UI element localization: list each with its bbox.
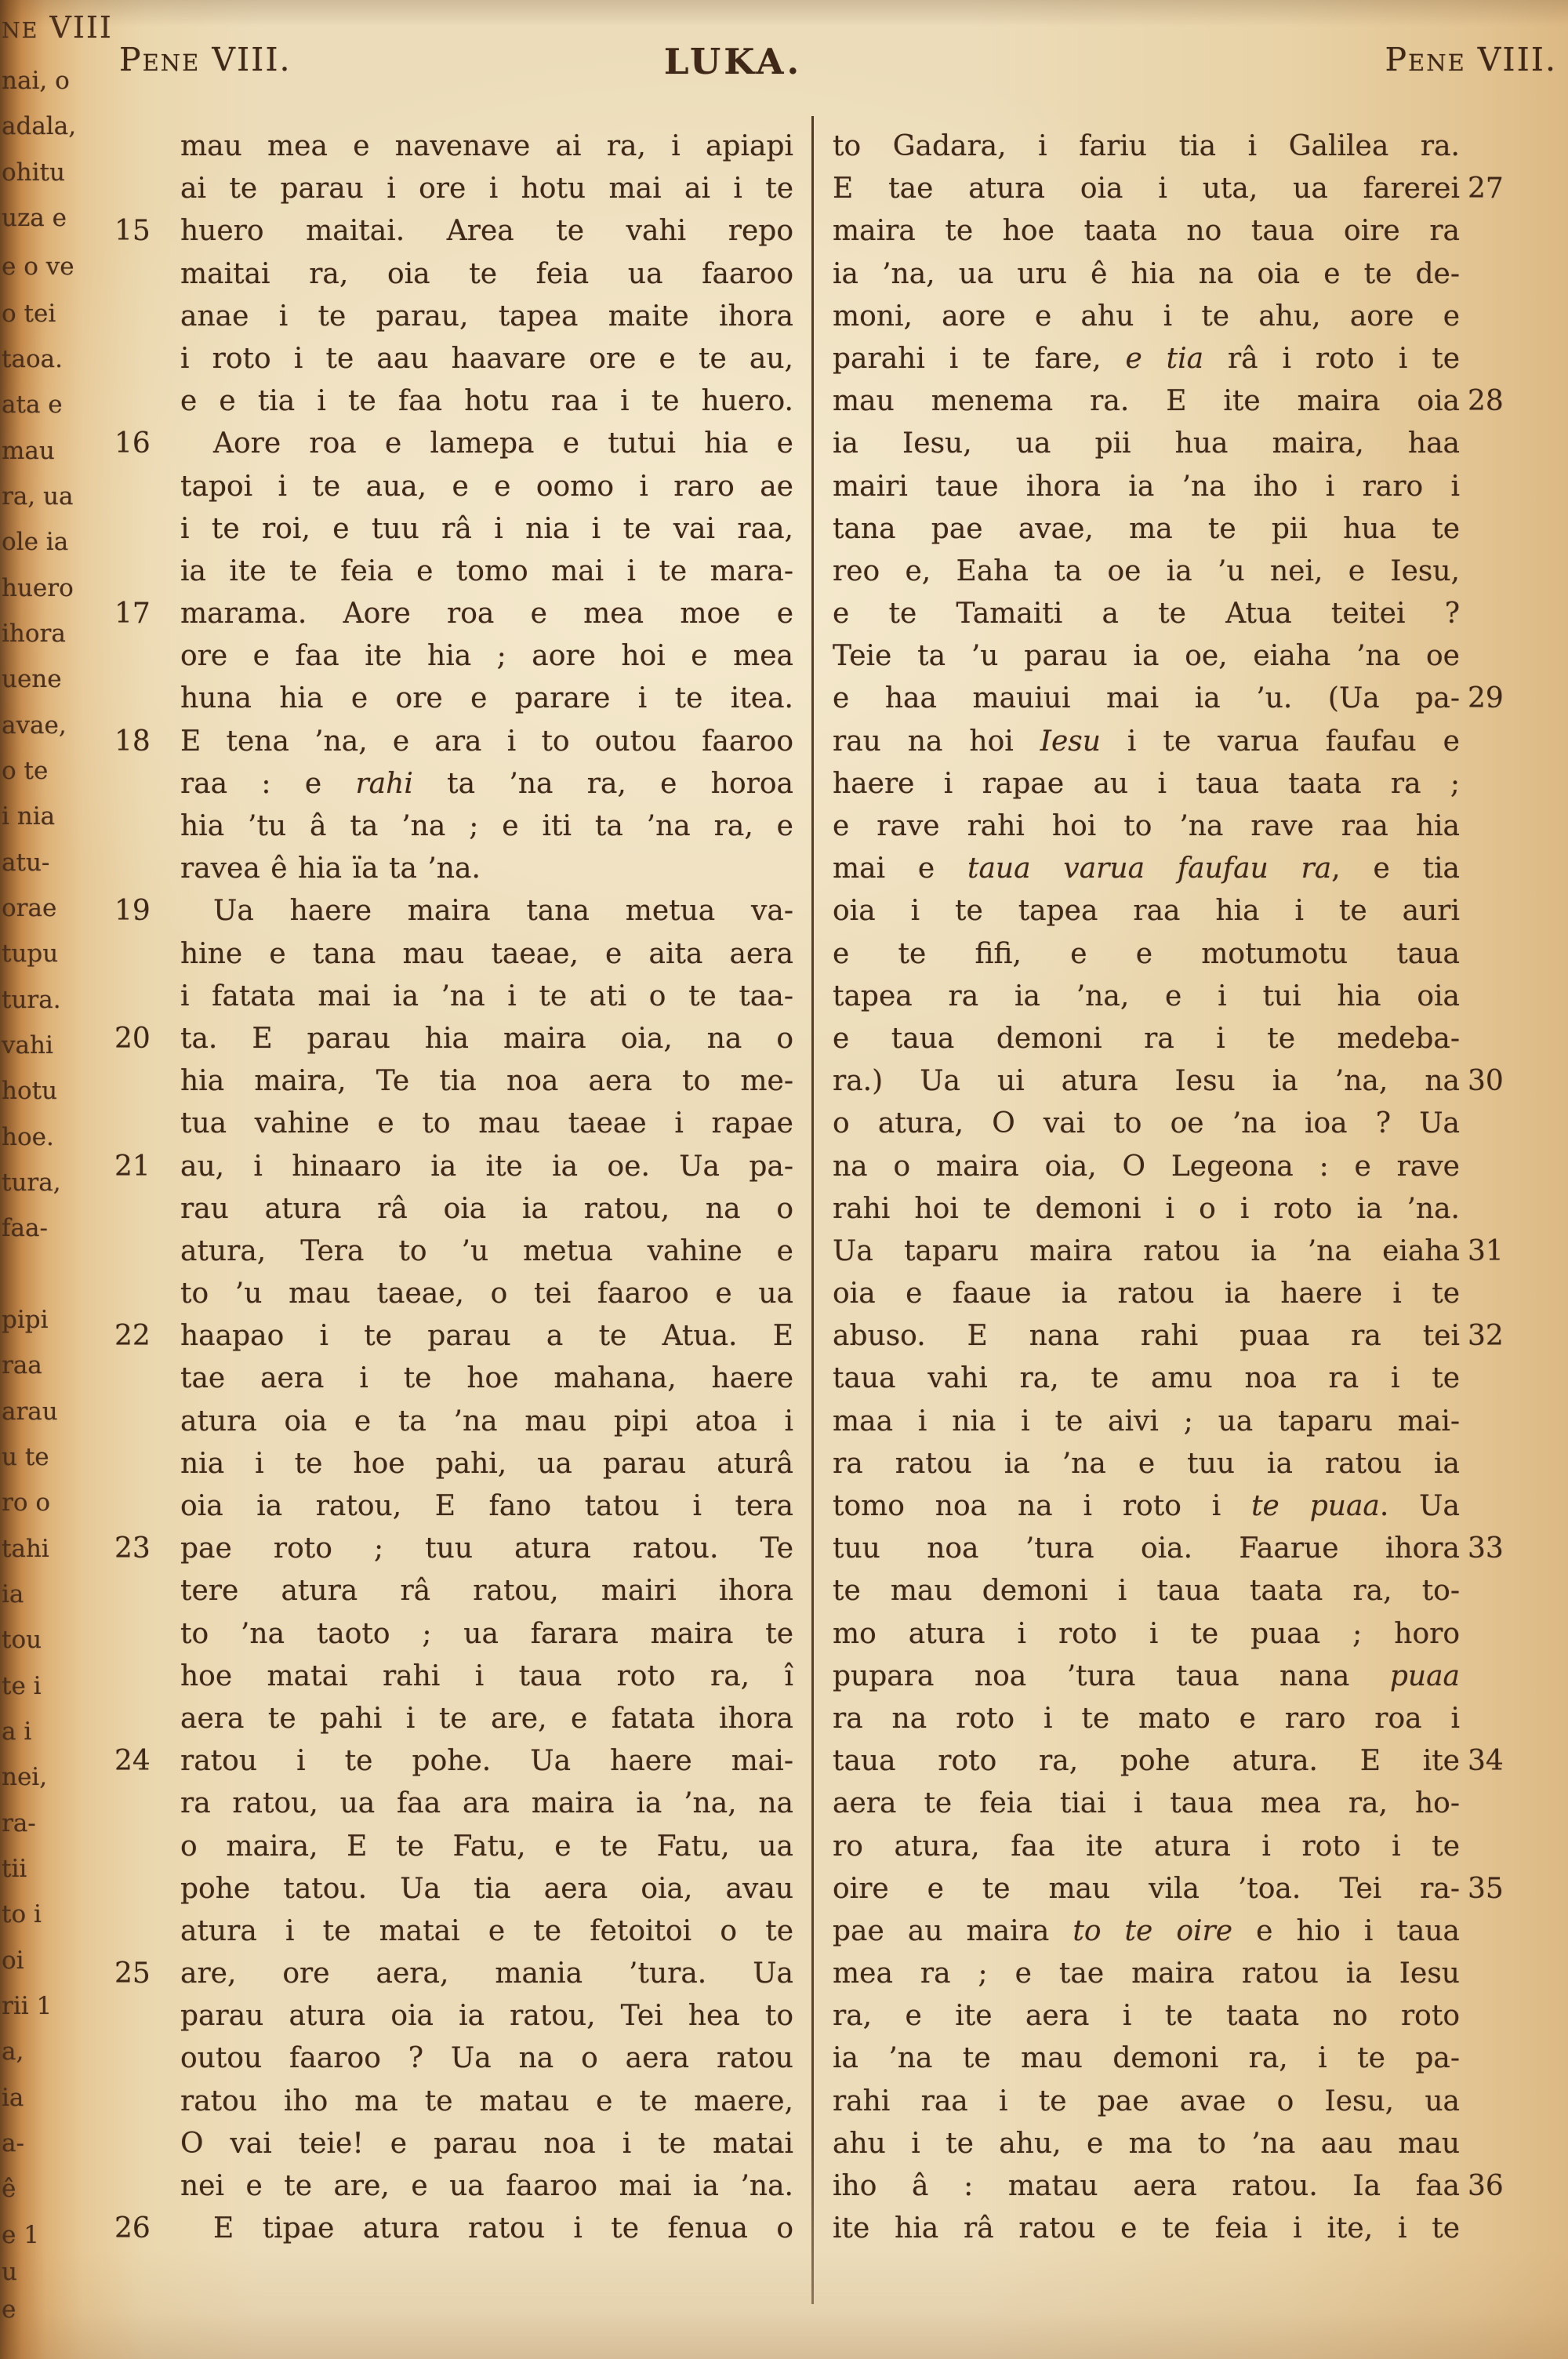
verse-line: maitai ra, oia te feia ua faaroo bbox=[180, 253, 793, 296]
verse-text: mea ra ; e tae maira ratou ia Iesu bbox=[833, 1953, 1460, 1995]
verse-line: o maira, E te Fatu, e te Fatu, ua bbox=[180, 1826, 793, 1868]
verse-text: ia ite te feia e tomo mai i te mara- bbox=[180, 551, 793, 593]
verse-line: ra, e ite aera i te taata no roto bbox=[833, 1995, 1460, 2037]
bleed-text-fragment: vahi bbox=[2, 1034, 53, 1058]
verse-line: oia e faaue ia ratou ia haere i te bbox=[833, 1273, 1460, 1315]
verse-text: rahi raa i te pae avae o Iesu, ua bbox=[833, 2081, 1460, 2123]
verse-line: moni, aore e ahu i te ahu, aore e bbox=[833, 296, 1460, 338]
verse-text: mai e taua varua faufau ra, e tia bbox=[833, 848, 1460, 890]
verse-line: 25are, ore aera, mania ’tura. Ua bbox=[180, 1953, 793, 1995]
bleed-text-fragment: ro o bbox=[2, 1491, 50, 1515]
verse-text: mau mea e navenave ai ra, i apiapi bbox=[180, 125, 793, 168]
verse-text: reo e, Eaha ta oe ia ’u nei, e Iesu, bbox=[833, 551, 1460, 593]
verse-text: na o maira oia, O Legeona : e rave bbox=[833, 1146, 1460, 1188]
bleed-text-fragment: tii bbox=[2, 1857, 27, 1881]
verse-text: ahu i te ahu, e ma to ’na aau mau bbox=[833, 2123, 1460, 2165]
verse-number: 25 bbox=[114, 1953, 151, 1995]
verse-line: hia maira, Te tia noa aera to me- bbox=[180, 1060, 793, 1103]
verse-line: e te fifi, e e motumotu taua bbox=[833, 933, 1460, 976]
verse-text: tapea ra ia ’na, e i tui hia oia bbox=[833, 976, 1460, 1018]
verse-text: mairi taue ihora ia ’na iho i raro i bbox=[833, 466, 1460, 508]
verse-text: hine e tana mau taeae, e aita aera bbox=[180, 933, 793, 976]
verse-text: pupara noa ’tura taua nana puaa bbox=[833, 1656, 1460, 1698]
verse-text: to Gadara, i fariu tia i Galilea ra. bbox=[833, 125, 1460, 168]
verse-text: maira te hoe taata no taua oire ra bbox=[833, 210, 1460, 253]
verse-line: 19Ua haere maira tana metua va- bbox=[180, 890, 793, 932]
bleed-text-fragment: avae, bbox=[2, 714, 67, 738]
verse-line: mai e taua varua faufau ra, e tia bbox=[833, 848, 1460, 890]
verse-number: 28 bbox=[1468, 380, 1535, 423]
verse-number: 23 bbox=[114, 1528, 151, 1570]
bleed-text-fragment: o tei bbox=[2, 302, 56, 326]
verse-text: tae aera i te hoe mahana, haere bbox=[180, 1358, 793, 1400]
verse-text: hia maira, Te tia noa aera to me- bbox=[180, 1060, 793, 1103]
verse-text: taua roto ra, pohe atura. E ite bbox=[833, 1740, 1460, 1783]
verse-line: 28mau menema ra. E ite maira oia bbox=[833, 380, 1460, 423]
verse-text: pae au maira to te oire e hio i taua bbox=[833, 1910, 1460, 1953]
verse-number: 15 bbox=[114, 210, 151, 253]
verse-number: 21 bbox=[114, 1146, 151, 1188]
verse-text: raa : e rahi ta ’na ra, e horoa bbox=[180, 763, 793, 805]
verse-line: atura oia e ta ’na mau pipi atoa i bbox=[180, 1401, 793, 1443]
verse-text: anae i te parau, tapea maite ihora bbox=[180, 296, 793, 338]
bleed-text-fragment: tura. bbox=[2, 988, 61, 1012]
verse-line: 36iho â : matau aera ratou. Ia faa bbox=[833, 2165, 1460, 2208]
verse-line: e e tia i te faa hotu raa i te huero. bbox=[180, 380, 793, 423]
verse-line: mea ra ; e tae maira ratou ia Iesu bbox=[833, 1953, 1460, 1995]
verse-text: ra, e ite aera i te taata no roto bbox=[833, 1995, 1460, 2037]
bleed-text-fragment: ra- bbox=[2, 1812, 36, 1836]
verse-text: tuu noa ’tura oia. Faarue ihora bbox=[833, 1528, 1460, 1570]
verse-line: rahi hoi te demoni i o i roto ia ’na. bbox=[833, 1188, 1460, 1230]
bleed-text-fragment: pipi bbox=[2, 1308, 49, 1332]
bleed-text-fragment: rii 1 bbox=[2, 1994, 52, 2019]
verse-text: E tena ’na, e ara i to outou faaroo bbox=[180, 721, 793, 763]
bleed-text-fragment: ê bbox=[2, 2177, 16, 2201]
scanned-book-page: ne VIIInai, oadala,ohituuza ee o veo tei… bbox=[0, 0, 1568, 2359]
verse-line: 26E tipae atura ratou i te fenua o bbox=[180, 2208, 793, 2250]
column-right: to Gadara, i fariu tia i Galilea ra.27E … bbox=[833, 125, 1460, 2250]
bleed-text-fragment: arau bbox=[2, 1400, 58, 1424]
bleed-text-fragment: uene bbox=[2, 667, 62, 692]
verse-line: huna hia e ore e parare i te itea. bbox=[180, 678, 793, 720]
verse-text: huero maitai. Area te vahi repo bbox=[180, 210, 793, 253]
bleed-text-fragment: hotu bbox=[2, 1079, 57, 1103]
verse-line: nei e te are, e ua faaroo mai ia ’na. bbox=[180, 2165, 793, 2208]
verse-text: tua vahine e to mau taeae i rapae bbox=[180, 1103, 793, 1145]
verse-text: abuso. E nana rahi puaa ra tei bbox=[833, 1315, 1460, 1358]
verse-text: i roto i te aau haavare ore e te au, bbox=[180, 338, 793, 380]
verse-text: atura, Tera to ’u metua vahine e bbox=[180, 1230, 793, 1273]
verse-line: ia ’na te mau demoni ra, i te pa- bbox=[833, 2037, 1460, 2080]
verse-text: nia i te hoe pahi, ua parau aturâ bbox=[180, 1443, 793, 1485]
verse-text: Ua haere maira tana metua va- bbox=[180, 890, 793, 932]
verse-text: ra.) Ua ui atura Iesu ia ’na, na bbox=[833, 1060, 1460, 1103]
verse-text: pohe tatou. Ua tia aera oia, avau bbox=[180, 1868, 793, 1910]
bleed-text-fragment: huero bbox=[2, 576, 74, 601]
bleed-text-fragment: mau bbox=[2, 439, 55, 463]
verse-text: maitai ra, oia te feia ua faaroo bbox=[180, 253, 793, 296]
verse-line: ravea ê hia ïa ta ’na. bbox=[180, 848, 793, 890]
bleed-text-fragment: tahi bbox=[2, 1537, 49, 1561]
verse-line: anae i te parau, tapea maite ihora bbox=[180, 296, 793, 338]
bleed-text-fragment: oi bbox=[2, 1949, 24, 1973]
verse-line: pupara noa ’tura taua nana puaa bbox=[833, 1656, 1460, 1698]
verse-line: tere atura râ ratou, mairi ihora bbox=[180, 1570, 793, 1612]
verse-line: rau na hoi Iesu i te varua faufau e bbox=[833, 721, 1460, 763]
verse-text: ia ’na te mau demoni ra, i te pa- bbox=[833, 2037, 1460, 2080]
verse-line: pae au maira to te oire e hio i taua bbox=[833, 1910, 1460, 1953]
verse-text: mau menema ra. E ite maira oia bbox=[833, 380, 1460, 423]
verse-line: 15huero maitai. Area te vahi repo bbox=[180, 210, 793, 253]
verse-text: oia e faaue ia ratou ia haere i te bbox=[833, 1273, 1460, 1315]
verse-text: marama. Aore roa e mea moe e bbox=[180, 593, 793, 635]
verse-line: 18E tena ’na, e ara i to outou faaroo bbox=[180, 721, 793, 763]
verse-text: atura i te matai e te fetoitoi o te bbox=[180, 1910, 793, 1953]
bleed-text-fragment: a- bbox=[2, 2132, 24, 2156]
verse-text: e te Tamaiti a te Atua teitei ? bbox=[833, 593, 1460, 635]
verse-line: 35oire e te mau vila ’toa. Tei ra- bbox=[833, 1868, 1460, 1910]
verse-text: e te fifi, e e motumotu taua bbox=[833, 933, 1460, 976]
bleed-text-fragment: a i bbox=[2, 1720, 31, 1744]
verse-text: rau na hoi Iesu i te varua faufau e bbox=[833, 721, 1460, 763]
verse-line: mau mea e navenave ai ra, i apiapi bbox=[180, 125, 793, 168]
verse-number: 27 bbox=[1468, 168, 1535, 210]
verse-line: to ’u mau taeae, o tei faaroo e ua bbox=[180, 1273, 793, 1315]
verse-text: taua vahi ra, te amu noa ra i te bbox=[833, 1358, 1460, 1400]
verse-line: 23pae roto ; tuu atura ratou. Te bbox=[180, 1528, 793, 1570]
bleed-text-fragment: tou bbox=[2, 1628, 42, 1652]
verse-text: pae roto ; tuu atura ratou. Te bbox=[180, 1528, 793, 1570]
verse-text: au, i hinaaro ia ite ia oe. Ua pa- bbox=[180, 1146, 793, 1188]
verse-text: parahi i te fare, e tia râ i roto i te bbox=[833, 338, 1460, 380]
verse-line: taua vahi ra, te amu noa ra i te bbox=[833, 1358, 1460, 1400]
verse-line: tae aera i te hoe mahana, haere bbox=[180, 1358, 793, 1400]
bleed-text-fragment: ne VIII bbox=[2, 13, 113, 42]
verse-line: oia ia ratou, E fano tatou i tera bbox=[180, 1485, 793, 1528]
verse-line: to Gadara, i fariu tia i Galilea ra. bbox=[833, 125, 1460, 168]
bleed-text-fragment: e o ve bbox=[2, 255, 74, 279]
verse-line: i fatata mai ia ’na i te ati o te taa- bbox=[180, 976, 793, 1018]
bleed-text-fragment: faa- bbox=[2, 1216, 48, 1241]
verse-line: 31Ua taparu maira ratou ia ’na eiaha bbox=[833, 1230, 1460, 1273]
column-divider-rule bbox=[811, 116, 814, 2304]
verse-text: Aore roa e lamepa e tutui hia e bbox=[180, 423, 793, 465]
verse-line: rahi raa i te pae avae o Iesu, ua bbox=[833, 2081, 1460, 2123]
verse-line: ra ratou, ua faa ara maira ia ’na, na bbox=[180, 1783, 793, 1825]
bleed-text-fragment: e bbox=[2, 2298, 16, 2322]
verse-line: tapoi i te aua, e e oomo i raro ae bbox=[180, 466, 793, 508]
bleed-text-fragment: to i bbox=[2, 1903, 42, 1927]
verse-text: Teie ta ’u parau ia oe, eiaha ’na oe bbox=[833, 635, 1460, 678]
verse-number: 36 bbox=[1468, 2165, 1535, 2208]
verse-line: hia ’tu â ta ’na ; e iti ta ’na ra, e bbox=[180, 805, 793, 848]
column-left: mau mea e navenave ai ra, i apiapiai te … bbox=[180, 125, 793, 2250]
running-header-title: LUKA. bbox=[0, 41, 1466, 82]
verse-line: oia i te tapea raa hia i te auri bbox=[833, 890, 1460, 932]
verse-text: i fatata mai ia ’na i te ati o te taa- bbox=[180, 976, 793, 1018]
verse-line: maa i nia i te aivi ; ua taparu mai- bbox=[833, 1401, 1460, 1443]
verse-line: to ’na taoto ; ua farara maira te bbox=[180, 1613, 793, 1656]
verse-text: E tae atura oia i uta, ua farerei bbox=[833, 168, 1460, 210]
verse-number: 24 bbox=[114, 1740, 151, 1783]
verse-line: aera te feia tiai i taua mea ra, ho- bbox=[833, 1783, 1460, 1825]
verse-line: 20ta. E parau hia maira oia, na o bbox=[180, 1018, 793, 1060]
verse-line: atura i te matai e te fetoitoi o te bbox=[180, 1910, 793, 1953]
verse-line: 17marama. Aore roa e mea moe e bbox=[180, 593, 793, 635]
verse-text: tana pae avae, ma te pii hua te bbox=[833, 508, 1460, 551]
verse-line: ia ite te feia e tomo mai i te mara- bbox=[180, 551, 793, 593]
verse-number: 18 bbox=[114, 721, 151, 763]
verse-text: O vai teie! e parau noa i te matai bbox=[180, 2123, 793, 2165]
verse-text: ai te parau i ore i hotu mai ai i te bbox=[180, 168, 793, 210]
verse-line: e taua demoni ra i te medeba- bbox=[833, 1018, 1460, 1060]
bleed-text-fragment: raa bbox=[2, 1354, 42, 1378]
verse-text: i te roi, e tuu râ i nia i te vai raa, bbox=[180, 508, 793, 551]
verse-text: ra ratou, ua faa ara maira ia ’na, na bbox=[180, 1783, 793, 1825]
verse-text: aera te feia tiai i taua mea ra, ho- bbox=[833, 1783, 1460, 1825]
verse-number: 26 bbox=[114, 2208, 151, 2250]
verse-number: 32 bbox=[1468, 1315, 1535, 1358]
verse-line: 21au, i hinaaro ia ite ia oe. Ua pa- bbox=[180, 1146, 793, 1188]
verse-number: 30 bbox=[1468, 1060, 1535, 1103]
verse-line: ro atura, faa ite atura i roto i te bbox=[833, 1826, 1460, 1868]
verse-number: 29 bbox=[1468, 678, 1535, 720]
verse-text: nei e te are, e ua faaroo mai ia ’na. bbox=[180, 2165, 793, 2208]
verse-text: haere i rapae au i taua taata ra ; bbox=[833, 763, 1460, 805]
verse-line: raa : e rahi ta ’na ra, e horoa bbox=[180, 763, 793, 805]
verse-text: oire e te mau vila ’toa. Tei ra- bbox=[833, 1868, 1460, 1910]
verse-line: ia ’na, ua uru ê hia na oia e te de- bbox=[833, 253, 1460, 296]
verse-number: 31 bbox=[1468, 1230, 1535, 1273]
verse-line: ra na roto i te mato e raro roa i bbox=[833, 1698, 1460, 1740]
verse-number: 19 bbox=[114, 890, 151, 932]
verse-line: o atura, O vai to oe ’na ioa ? Ua bbox=[833, 1103, 1460, 1145]
verse-text: oia ia ratou, E fano tatou i tera bbox=[180, 1485, 793, 1528]
verse-line: hoe matai rahi i taua roto ra, î bbox=[180, 1656, 793, 1698]
verse-text: aera te pahi i te are, e fatata ihora bbox=[180, 1698, 793, 1740]
verse-line: pohe tatou. Ua tia aera oia, avau bbox=[180, 1868, 793, 1910]
bleed-text-fragment: atu- bbox=[2, 851, 49, 875]
verse-text: ra na roto i te mato e raro roa i bbox=[833, 1698, 1460, 1740]
verse-line: i roto i te aau haavare ore e te au, bbox=[180, 338, 793, 380]
verse-line: na o maira oia, O Legeona : e rave bbox=[833, 1146, 1460, 1188]
verse-text: e haa mauiui mai ia ’u. (Ua pa- bbox=[833, 678, 1460, 720]
verse-text: mo atura i roto i te puaa ; horo bbox=[833, 1613, 1460, 1656]
verse-text: maa i nia i te aivi ; ua taparu mai- bbox=[833, 1401, 1460, 1443]
bleed-text-fragment: uza e bbox=[2, 206, 67, 231]
verse-line: ratou iho ma te matau e te maere, bbox=[180, 2081, 793, 2123]
verse-text: te mau demoni i taua taata ra, to- bbox=[833, 1570, 1460, 1612]
bleed-text-fragment: ra, ua bbox=[2, 485, 73, 509]
verse-line: tapea ra ia ’na, e i tui hia oia bbox=[833, 976, 1460, 1018]
bleed-text-fragment: hoe. bbox=[2, 1125, 54, 1150]
verse-line: 24ratou i te pohe. Ua haere mai- bbox=[180, 1740, 793, 1783]
verse-text: parau atura oia ia ratou, Tei hea to bbox=[180, 1995, 793, 2037]
verse-number: 35 bbox=[1468, 1868, 1535, 1910]
verse-text: outou faaroo ? Ua na o aera ratou bbox=[180, 2037, 793, 2080]
verse-text: ia Iesu, ua pii hua maira, haa bbox=[833, 423, 1460, 465]
verse-line: 30ra.) Ua ui atura Iesu ia ’na, na bbox=[833, 1060, 1460, 1103]
verse-line: ahu i te ahu, e ma to ’na aau mau bbox=[833, 2123, 1460, 2165]
verse-text: o maira, E te Fatu, e te Fatu, ua bbox=[180, 1826, 793, 1868]
verse-text: ravea ê hia ïa ta ’na. bbox=[180, 848, 793, 890]
verse-line: reo e, Eaha ta oe ia ’u nei, e Iesu, bbox=[833, 551, 1460, 593]
verse-line: 27E tae atura oia i uta, ua farerei bbox=[833, 168, 1460, 210]
verse-text: e taua demoni ra i te medeba- bbox=[833, 1018, 1460, 1060]
verse-text: ro atura, faa ite atura i roto i te bbox=[833, 1826, 1460, 1868]
verse-text: ra ratou ia ’na e tuu ia ratou ia bbox=[833, 1443, 1460, 1485]
verse-text: o atura, O vai to oe ’na ioa ? Ua bbox=[833, 1103, 1460, 1145]
verse-text: hoe matai rahi i taua roto ra, î bbox=[180, 1656, 793, 1698]
verse-line: parau atura oia ia ratou, Tei hea to bbox=[180, 1995, 793, 2037]
verse-text: Ua taparu maira ratou ia ’na eiaha bbox=[833, 1230, 1460, 1273]
verse-line: ite hia râ ratou e te feia i ite, i te bbox=[833, 2208, 1460, 2250]
verse-line: 22haapao i te parau a te Atua. E bbox=[180, 1315, 793, 1358]
bleed-text-fragment: u bbox=[2, 2260, 17, 2284]
verse-text: E tipae atura ratou i te fenua o bbox=[180, 2208, 793, 2250]
verse-number: 20 bbox=[114, 1018, 151, 1060]
verse-text: ia ’na, ua uru ê hia na oia e te de- bbox=[833, 253, 1460, 296]
bleed-text-fragment: ihora bbox=[2, 622, 66, 646]
verse-line: outou faaroo ? Ua na o aera ratou bbox=[180, 2037, 793, 2080]
verse-number: 16 bbox=[114, 423, 151, 465]
verse-text: e rave rahi hoi to ’na rave raa hia bbox=[833, 805, 1460, 848]
verse-text: haapao i te parau a te Atua. E bbox=[180, 1315, 793, 1358]
verse-line: 33tuu noa ’tura oia. Faarue ihora bbox=[833, 1528, 1460, 1570]
verse-text: huna hia e ore e parare i te itea. bbox=[180, 678, 793, 720]
verse-line: 32abuso. E nana rahi puaa ra tei bbox=[833, 1315, 1460, 1358]
verse-text: rau atura râ oia ia ratou, na o bbox=[180, 1188, 793, 1230]
bleed-text-fragment: ole ia bbox=[2, 530, 68, 554]
verse-line: 34taua roto ra, pohe atura. E ite bbox=[833, 1740, 1460, 1783]
verse-text: iho â : matau aera ratou. Ia faa bbox=[833, 2165, 1460, 2208]
verse-line: mo atura i roto i te puaa ; horo bbox=[833, 1613, 1460, 1656]
bleed-text-fragment: ia bbox=[2, 1583, 24, 1607]
verse-number: 33 bbox=[1468, 1528, 1535, 1570]
verse-text: are, ore aera, mania ’tura. Ua bbox=[180, 1953, 793, 1995]
verse-text: to ’u mau taeae, o tei faaroo e ua bbox=[180, 1273, 793, 1315]
verse-line: e te Tamaiti a te Atua teitei ? bbox=[833, 593, 1460, 635]
verse-text: ratou i te pohe. Ua haere mai- bbox=[180, 1740, 793, 1783]
verse-line: ra ratou ia ’na e tuu ia ratou ia bbox=[833, 1443, 1460, 1485]
verse-text: tere atura râ ratou, mairi ihora bbox=[180, 1570, 793, 1612]
verse-line: O vai teie! e parau noa i te matai bbox=[180, 2123, 793, 2165]
verse-line: i te roi, e tuu râ i nia i te vai raa, bbox=[180, 508, 793, 551]
bleed-text-fragment: u te bbox=[2, 1445, 49, 1470]
verse-line: parahi i te fare, e tia râ i roto i te bbox=[833, 338, 1460, 380]
bleed-text-fragment: taoa. bbox=[2, 347, 63, 372]
verse-line: aera te pahi i te are, e fatata ihora bbox=[180, 1698, 793, 1740]
bleed-text-fragment: i nia bbox=[2, 805, 55, 829]
verse-line: hine e tana mau taeae, e aita aera bbox=[180, 933, 793, 976]
bleed-text-fragment: tupu bbox=[2, 942, 58, 966]
verse-line: ore e faa ite hia ; aore hoi e mea bbox=[180, 635, 793, 678]
bleed-text-fragment: a, bbox=[2, 2040, 24, 2064]
verse-line: Teie ta ’u parau ia oe, eiaha ’na oe bbox=[833, 635, 1460, 678]
verse-number: 34 bbox=[1468, 1740, 1535, 1783]
verse-text: ore e faa ite hia ; aore hoi e mea bbox=[180, 635, 793, 678]
verse-text: ite hia râ ratou e te feia i ite, i te bbox=[833, 2208, 1460, 2250]
bleed-text-fragment: orae bbox=[2, 896, 56, 921]
bleed-text-fragment: e 1 bbox=[2, 2223, 39, 2248]
verse-number: 22 bbox=[114, 1315, 151, 1358]
verse-text: oia i te tapea raa hia i te auri bbox=[833, 890, 1460, 932]
bleed-text-fragment: ia bbox=[2, 2086, 24, 2110]
verse-line: maira te hoe taata no taua oire ra bbox=[833, 210, 1460, 253]
bleed-text-fragment: ohitu bbox=[2, 161, 65, 185]
verse-line: tomo noa na i roto i te puaa. Ua bbox=[833, 1485, 1460, 1528]
bleed-text-fragment: ata e bbox=[2, 393, 63, 417]
verse-line: mairi taue ihora ia ’na iho i raro i bbox=[833, 466, 1460, 508]
bleed-text-fragment: tura, bbox=[2, 1171, 61, 1195]
verse-text: hia ’tu â ta ’na ; e iti ta ’na ra, e bbox=[180, 805, 793, 848]
verse-line: tua vahine e to mau taeae i rapae bbox=[180, 1103, 793, 1145]
verse-text: moni, aore e ahu i te ahu, aore e bbox=[833, 296, 1460, 338]
bleed-text-fragment: o te bbox=[2, 759, 48, 783]
verse-text: tapoi i te aua, e e oomo i raro ae bbox=[180, 466, 793, 508]
verse-line: te mau demoni i taua taata ra, to- bbox=[833, 1570, 1460, 1612]
bleed-text-fragment: te i bbox=[2, 1674, 42, 1699]
verse-text: atura oia e ta ’na mau pipi atoa i bbox=[180, 1401, 793, 1443]
running-header-right: Pene VIII. bbox=[1385, 41, 1557, 78]
verse-text: ta. E parau hia maira oia, na o bbox=[180, 1018, 793, 1060]
bleed-text-fragment: adala, bbox=[2, 114, 76, 139]
verse-line: e rave rahi hoi to ’na rave raa hia bbox=[833, 805, 1460, 848]
bleed-text-fragment: nei, bbox=[2, 1765, 47, 1790]
verse-text: rahi hoi te demoni i o i roto ia ’na. bbox=[833, 1188, 1460, 1230]
verse-text: tomo noa na i roto i te puaa. Ua bbox=[833, 1485, 1460, 1528]
verse-line: ai te parau i ore i hotu mai ai i te bbox=[180, 168, 793, 210]
verse-line: 16Aore roa e lamepa e tutui hia e bbox=[180, 423, 793, 465]
verse-text: e e tia i te faa hotu raa i te huero. bbox=[180, 380, 793, 423]
verse-line: rau atura râ oia ia ratou, na o bbox=[180, 1188, 793, 1230]
verse-text: to ’na taoto ; ua farara maira te bbox=[180, 1613, 793, 1656]
verse-line: atura, Tera to ’u metua vahine e bbox=[180, 1230, 793, 1273]
verse-number: 17 bbox=[114, 593, 151, 635]
verse-line: nia i te hoe pahi, ua parau aturâ bbox=[180, 1443, 793, 1485]
verse-text: ratou iho ma te matau e te maere, bbox=[180, 2081, 793, 2123]
verse-line: haere i rapae au i taua taata ra ; bbox=[833, 763, 1460, 805]
verse-line: tana pae avae, ma te pii hua te bbox=[833, 508, 1460, 551]
verse-line: ia Iesu, ua pii hua maira, haa bbox=[833, 423, 1460, 465]
verse-line: 29e haa mauiui mai ia ’u. (Ua pa- bbox=[833, 678, 1460, 720]
